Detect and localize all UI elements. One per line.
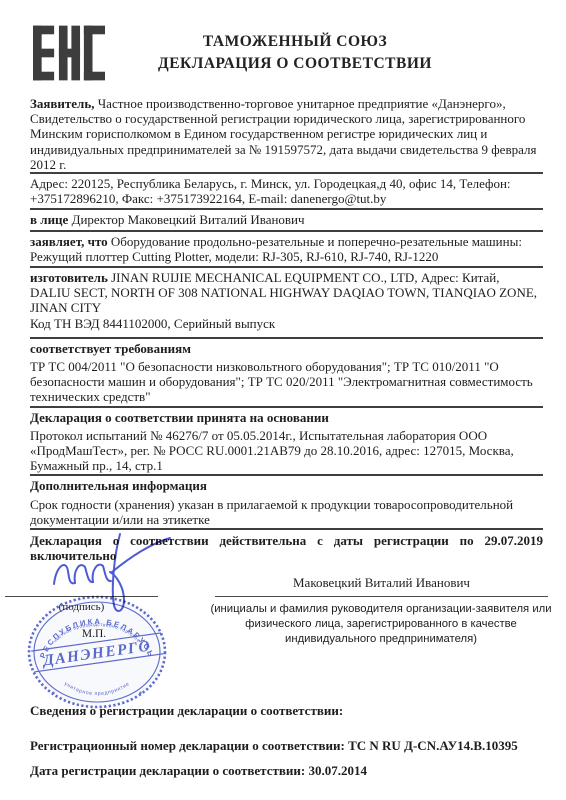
additional-info-row: Дополнительная информация Срок годности … bbox=[30, 476, 543, 530]
registration-date-value: 30.07.2014 bbox=[305, 763, 367, 778]
registration-number-value: ТС N RU Д-CN.АУ14.В.10395 bbox=[345, 738, 518, 753]
declares-row: заявляет, что Оборудование продольно-рез… bbox=[30, 232, 543, 268]
in-person-row: в лице Директор Маковецкий Виталий Ивано… bbox=[30, 210, 543, 231]
title-line-2: ДЕКЛАРАЦИЯ О СООТВЕТСТВИИ bbox=[24, 53, 566, 75]
registration-date-label: Дата регистрации декларации о соответств… bbox=[30, 763, 305, 778]
manufacturer-label: изготовитель bbox=[30, 270, 108, 285]
registration-number-label: Регистрационный номер декларации о соотв… bbox=[30, 738, 345, 753]
address-text: Адрес: 220125, Республика Беларусь, г. М… bbox=[30, 176, 511, 206]
basis-label: Декларация о соответствии принята на осн… bbox=[30, 410, 543, 425]
in-person-text: Директор Маковецкий Виталий Иванович bbox=[68, 212, 304, 227]
registration-number-row: Регистрационный номер декларации о соотв… bbox=[30, 738, 543, 753]
declares-label: заявляет, что bbox=[30, 234, 108, 249]
conforms-row: соответствует требованиям ТР ТС 004/2011… bbox=[30, 339, 543, 408]
name-line bbox=[215, 596, 548, 597]
stamp-star-left: ✶ bbox=[51, 690, 56, 697]
conforms-label: соответствует требованиям bbox=[30, 341, 543, 356]
basis-text: Протокол испытаний № 46276/7 от 05.05.20… bbox=[30, 428, 543, 474]
registration-date-row: Дата регистрации декларации о соответств… bbox=[30, 763, 543, 778]
title-line-1: ТАМОЖЕННЫЙ СОЮЗ bbox=[24, 31, 566, 53]
applicant-label: Заявитель, bbox=[30, 96, 94, 111]
address-row: Адрес: 220125, Республика Беларусь, г. М… bbox=[30, 174, 543, 210]
additional-info-text: Срок годности (хранения) указан в прилаг… bbox=[30, 497, 543, 527]
head-name-caption: (инициалы и фамилия руководителя организ… bbox=[202, 602, 560, 646]
tnved-text: Код ТН ВЭД 8441102000, Серийный выпуск bbox=[30, 316, 543, 331]
basis-row: Декларация о соответствии принята на осн… bbox=[30, 408, 543, 477]
declaration-document: { "header": { "eac_mark": "EAC", "title_… bbox=[0, 0, 566, 800]
document-title: ТАМОЖЕННЫЙ СОЮЗ ДЕКЛАРАЦИЯ О СООТВЕТСТВИ… bbox=[0, 31, 566, 75]
in-person-label: в лице bbox=[30, 212, 68, 227]
applicant-row: Заявитель, Частное производственно-торго… bbox=[30, 96, 543, 174]
manufacturer-row: изготовитель JINAN RUIJIE MECHANICAL EQU… bbox=[30, 268, 543, 339]
stamp-star-right: ✶ bbox=[138, 690, 143, 697]
company-stamp: РЕСПУБЛИКА БЕЛАРУСЬ частное производстве… bbox=[25, 592, 171, 716]
head-name: Маковецкий Виталий Иванович bbox=[215, 575, 548, 590]
additional-info-label: Дополнительная информация bbox=[30, 478, 543, 493]
applicant-text: Частное производственно-торговое унитарн… bbox=[30, 96, 536, 172]
conforms-text: ТР ТС 004/2011 "О безопасности низковоль… bbox=[30, 359, 543, 405]
